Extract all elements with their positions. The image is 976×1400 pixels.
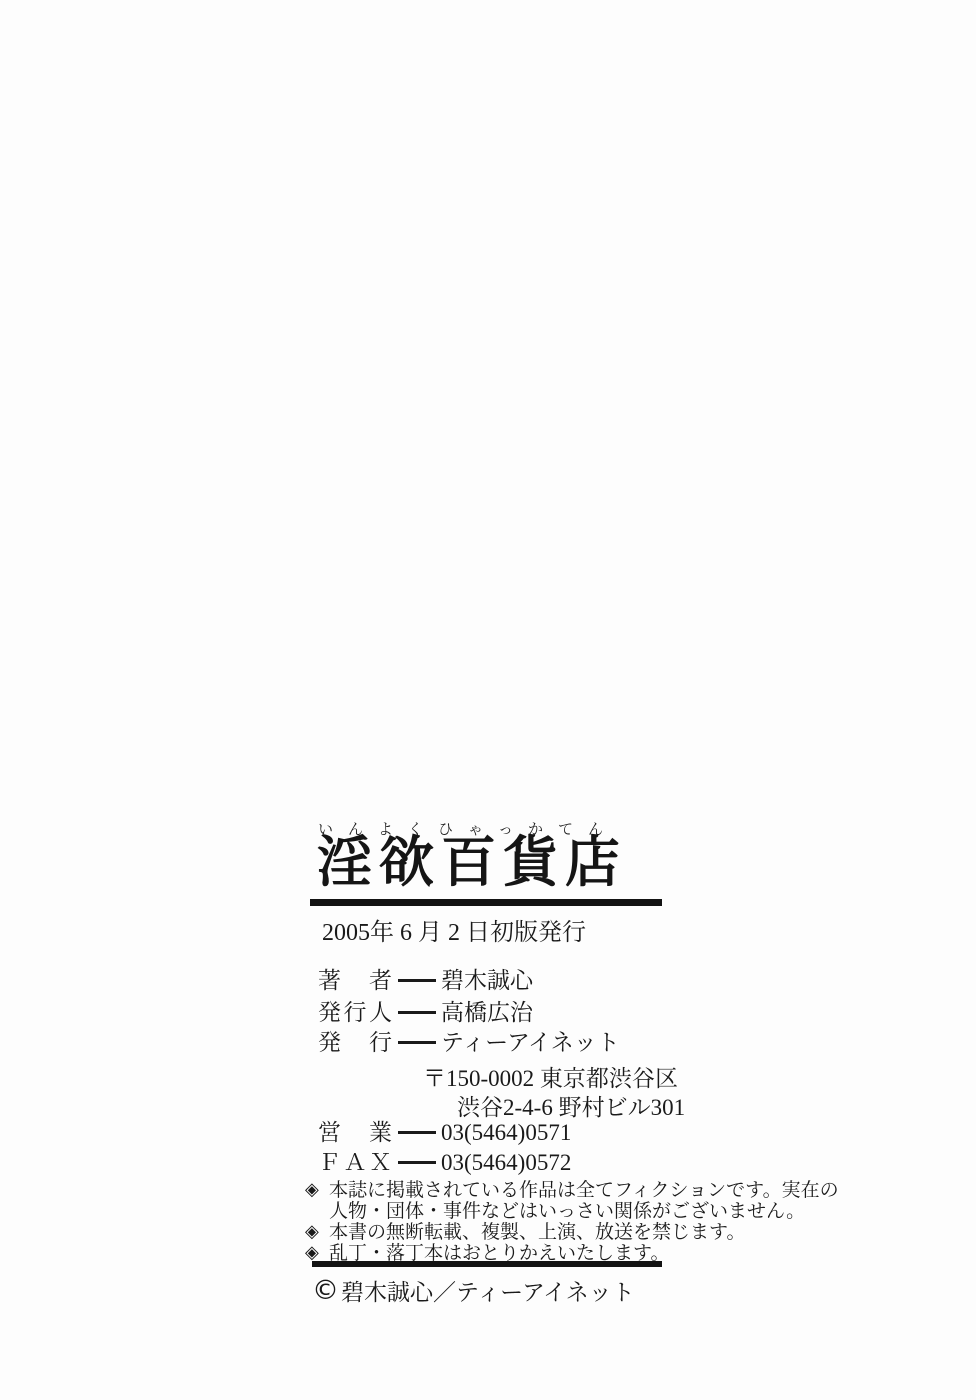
credit-value: 高橋広治 bbox=[441, 1001, 533, 1024]
title-divider-rule bbox=[310, 899, 662, 906]
contact-label: 営 業 bbox=[318, 1121, 392, 1144]
contact-value: 03(5464)0572 bbox=[441, 1151, 571, 1174]
copyright-icon: © bbox=[312, 1277, 339, 1304]
label-dash bbox=[398, 1041, 436, 1044]
colophon-page: いんよくひゃっかてん 淫欲百貨店 2005年 6 月 2 日初版発行 著 者 碧… bbox=[0, 0, 976, 1400]
credit-label: 発 行 bbox=[318, 1031, 392, 1054]
label-dash bbox=[398, 1131, 436, 1134]
credit-row-publisher: 発 行 ティーアイネット bbox=[318, 1031, 620, 1054]
contact-label: ＦＡＸ bbox=[318, 1151, 392, 1174]
credit-label: 著 者 bbox=[318, 969, 392, 992]
copyright-text: 碧木誠心／ティーアイネット bbox=[341, 1274, 635, 1307]
credit-label: 発行人 bbox=[318, 1001, 392, 1024]
contact-row-sales: 営 業 03(5464)0571 bbox=[318, 1121, 571, 1144]
notice-fiction-line1: ◈ 本誌に掲載されている作品は全てフィクションです。実在の bbox=[305, 1181, 839, 1200]
notice-text: 本書の無断転載、複製、上演、放送を禁じます。 bbox=[329, 1223, 745, 1242]
notice-text: 人物・団体・事件などはいっさい関係がございません。 bbox=[329, 1202, 805, 1221]
notice-fiction-line2: 人物・団体・事件などはいっさい関係がございません。 bbox=[305, 1202, 805, 1221]
credit-row-author: 著 者 碧木誠心 bbox=[318, 969, 533, 992]
diamond-bullet-icon: ◈ bbox=[305, 1244, 329, 1262]
notice-no-reproduction: ◈ 本書の無断転載、複製、上演、放送を禁じます。 bbox=[305, 1223, 745, 1242]
label-dash bbox=[398, 1011, 436, 1014]
credit-value: 碧木誠心 bbox=[441, 969, 533, 992]
credit-value: ティーアイネット bbox=[441, 1031, 620, 1054]
book-title: 淫欲百貨店 bbox=[317, 833, 627, 894]
label-dash bbox=[398, 979, 436, 982]
edition-date: 2005年 6 月 2 日初版発行 bbox=[322, 912, 586, 947]
diamond-bullet-icon: ◈ bbox=[305, 1181, 329, 1199]
footer-divider-rule bbox=[312, 1261, 662, 1267]
diamond-bullet-icon: ◈ bbox=[305, 1223, 329, 1241]
contact-value: 03(5464)0571 bbox=[441, 1121, 571, 1144]
copyright-line: © 碧木誠心／ティーアイネット bbox=[312, 1274, 635, 1307]
notice-text: 本誌に掲載されている作品は全てフィクションです。実在の bbox=[329, 1181, 839, 1200]
credit-row-publisher-person: 発行人 高橋広治 bbox=[318, 1001, 533, 1024]
contact-row-fax: ＦＡＸ 03(5464)0572 bbox=[318, 1151, 571, 1174]
publisher-address-line2: 渋谷2-4-6 野村ビル301 bbox=[457, 1089, 685, 1122]
label-dash bbox=[398, 1161, 436, 1164]
